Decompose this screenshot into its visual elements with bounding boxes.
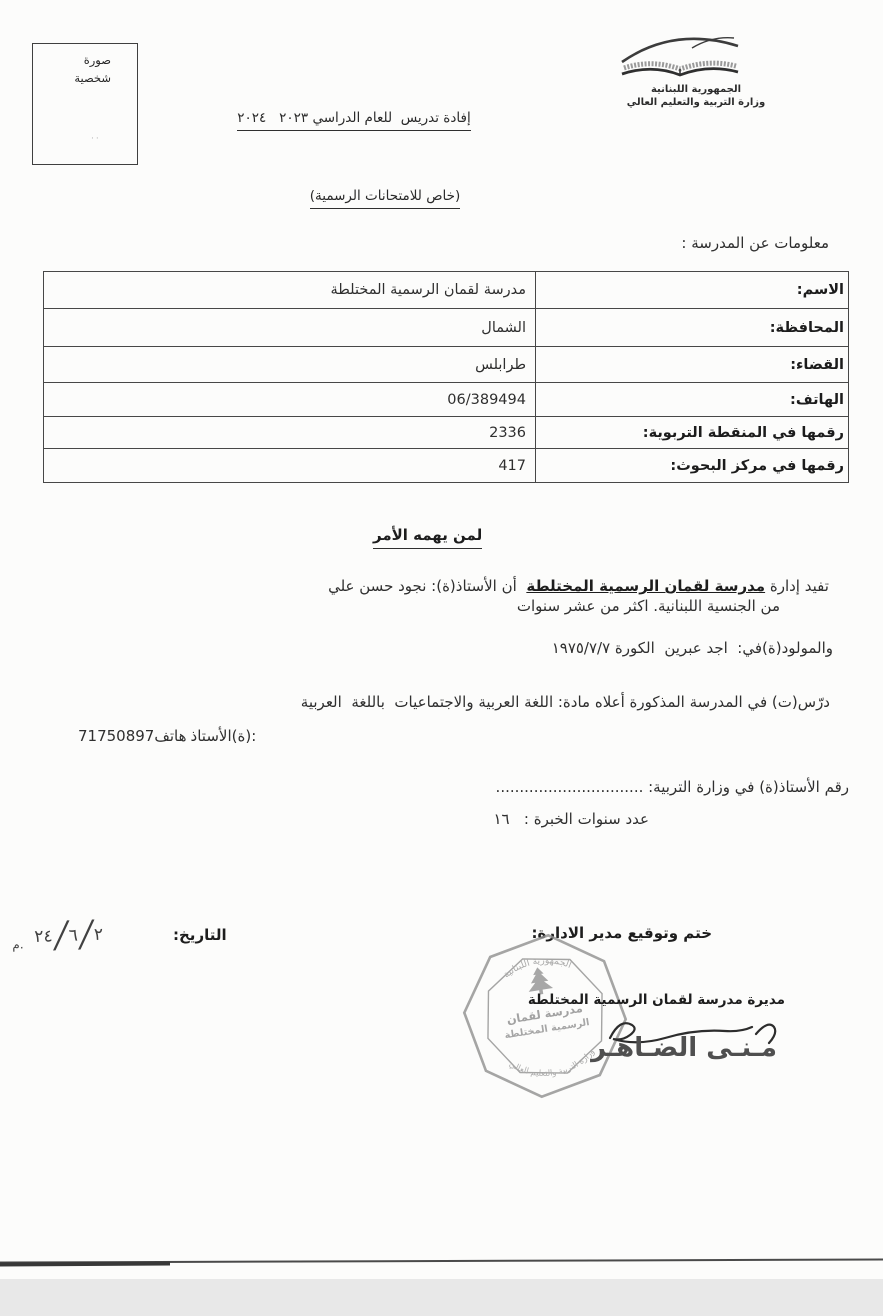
republic-name: الجمهورية اللبنانية	[606, 84, 786, 97]
handwritten-date: م. ٢٤ / ٦ / ٢	[9, 903, 177, 967]
table-row: رقمها في المنقطة التربوية: 2336	[44, 416, 848, 448]
scan-page-edge-blob	[0, 1262, 170, 1266]
table-row: الهاتف: 06/389494	[44, 382, 848, 416]
date-label: التاريخ:	[173, 926, 227, 944]
photo-placeholder-box: صورة شخصية ··	[32, 43, 138, 165]
certify-teacher-name: أن الأستاذ(ة): نجود حسن علي	[328, 577, 526, 595]
table-row: رقمها في مركز البحوث: 417	[44, 448, 848, 482]
row-label-district-number: رقمها في المنقطة التربوية:	[535, 417, 848, 448]
director-title-line: مديرة مدرسة لقمان الرسمية المختلطة	[528, 992, 785, 1008]
document-title-text: إفادة تدريس للعام الدراسي ٢٠٢٣ ٢٠٢٤	[237, 110, 470, 131]
ministry-header: الجمهورية اللبنانية وزارة التربية والتعل…	[606, 84, 786, 109]
certify-school-name: مدرسة لقمان الرسمية المختلطة	[526, 577, 765, 595]
table-row: الاسم: مدرسة لقمان الرسمية المختلطة	[44, 272, 848, 308]
ministry-id-line: رقم الأستاذ(ة) في وزارة التربية: .......…	[496, 777, 849, 797]
certify-prefix: تفيد إدارة	[765, 577, 829, 595]
experience-line: عدد سنوات الخبرة : ١٦	[493, 809, 649, 829]
table-row: القضاء: طرابلس	[44, 346, 848, 382]
photo-label-line1: صورة	[33, 52, 111, 70]
handwritten-month: ٦	[68, 926, 78, 946]
document-subtitle-text: (خاص للامتحانات الرسمية)	[310, 188, 461, 209]
letter-line-nationality: من الجنسية اللبنانية. اكثر من عشر سنوات	[517, 596, 780, 616]
row-label-governorate: المحافظة:	[535, 309, 848, 346]
phone-label-word3: (ة):	[232, 727, 257, 745]
phone-label-word2: الأستاذ	[191, 727, 232, 745]
scan-speckle: ··	[91, 134, 101, 144]
phone-label-word1: هاتف	[154, 727, 186, 745]
scanner-background-strip	[0, 1279, 883, 1316]
school-info-heading: معلومات عن المدرسة :	[681, 234, 829, 252]
letter-line-subject: درّس(ت) في المدرسة المذكورة أعلاه مادة: …	[301, 692, 830, 712]
teacher-phone-line: 71750897هاتفالأستاذ(ة):	[78, 727, 256, 745]
document-subtitle: (خاص للامتحانات الرسمية)	[300, 188, 470, 209]
row-value-district: طرابلس	[44, 347, 535, 382]
document-title: إفادة تدريس للعام الدراسي ٢٠٢٣ ٢٠٢٤	[236, 110, 472, 131]
row-label-research-number: رقمها في مركز البحوث:	[535, 449, 848, 482]
ministry-logo-icon	[614, 30, 746, 88]
handwritten-day: ٢	[94, 925, 104, 945]
handwritten-date-era: م.	[12, 937, 24, 951]
photo-placeholder-label: صورة شخصية	[33, 44, 137, 88]
teacher-phone-number: 71750897	[78, 727, 154, 745]
letter-line-birth: والمولود(ة)في: اجد عبرين الكورة ١٩٧٥/٧/٧	[552, 638, 833, 658]
row-value-research-number: 417	[44, 449, 535, 482]
handwritten-year: ٢٤	[34, 926, 53, 947]
photo-label-line2: شخصية	[33, 70, 111, 88]
row-value-governorate: الشمال	[44, 309, 535, 346]
row-label-phone: الهاتف:	[535, 383, 848, 416]
handwritten-slash: /	[52, 918, 70, 955]
handwritten-slash: /	[77, 917, 95, 954]
director-name-stamp: مـنـى الضـاهـر	[562, 1033, 777, 1063]
row-label-name: الاسم:	[535, 272, 848, 308]
scanned-teaching-certificate: صورة شخصية ·· الجمهورية اللبنانية وزارة …	[0, 0, 883, 1316]
table-row: المحافظة: الشمال	[44, 308, 848, 346]
row-label-district: القضاء:	[535, 347, 848, 382]
row-value-name: مدرسة لقمان الرسمية المختلطة	[44, 272, 535, 308]
letter-heading: لمن يهمه الأمر	[373, 526, 482, 549]
row-value-district-number: 2336	[44, 417, 535, 448]
school-info-table: الاسم: مدرسة لقمان الرسمية المختلطة المح…	[43, 271, 849, 483]
letter-heading-text: لمن يهمه الأمر	[373, 526, 482, 549]
row-value-phone: 06/389494	[44, 383, 535, 416]
ministry-name: وزارة التربية والتعليم العالي	[606, 97, 786, 110]
